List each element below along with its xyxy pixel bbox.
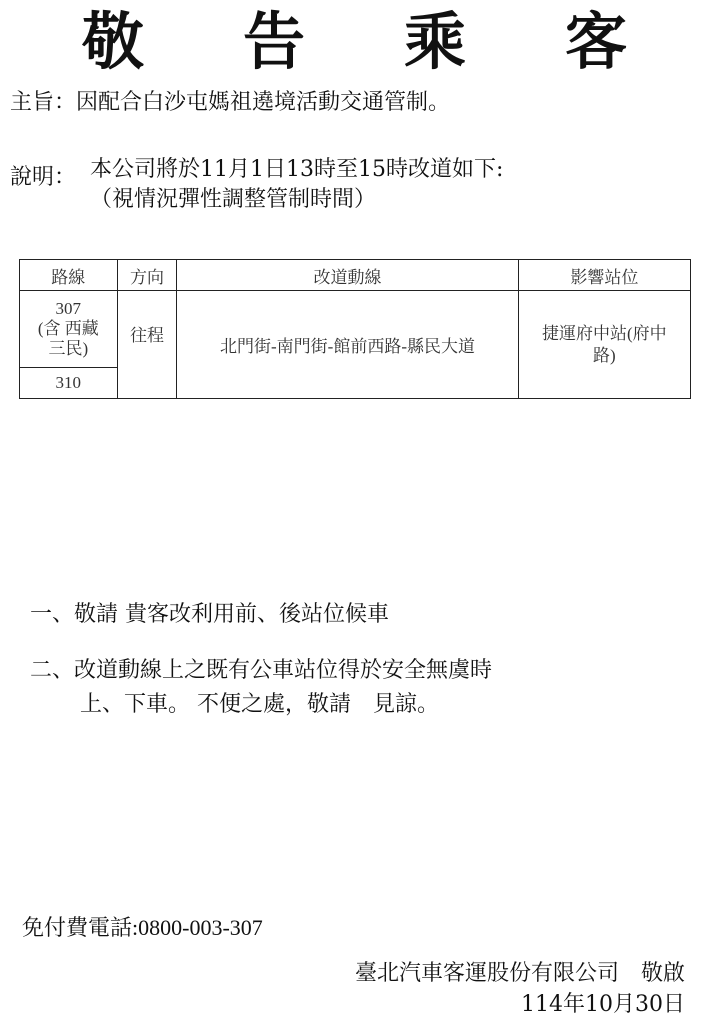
direction-cell: 往程 [117,291,177,399]
route-note: 三民) [20,339,117,359]
explanation-line-2: （視情況彈性調整管制時間） [90,185,503,215]
note-item-2-continued: 上、下車。 不便之處，敬請 見諒。 [30,688,492,722]
explanation-line-1: 本公司將於11月1日13時至15時改道如下: [90,155,503,185]
title-char: 告 [243,2,305,82]
header-route: 路線 [20,260,118,291]
affected-stop-cell: 捷運府中站(府中 路) [518,291,690,399]
route-note: (含 西藏 [20,319,117,339]
notice-title: 敬 告 乘 客 [0,2,709,82]
notice-date: 114年10月30日 [521,989,685,1021]
affected-stop-line: 路) [529,345,680,367]
header-direction: 方向 [117,260,177,291]
header-detour-path: 改道動線 [177,260,518,291]
detour-table: 路線 方向 改道動線 影響站位 307 (含 西藏 三民) 往程 北門街-南門街… [19,259,691,399]
affected-stop-line: 捷運府中站(府中 [529,323,680,345]
route-cell-310: 310 [20,368,118,399]
route-cell-307: 307 (含 西藏 三民) [20,291,118,368]
route-number: 307 [20,299,117,319]
note-item-2: 二、改道動線上之既有公車站位得於安全無虞時 [30,654,492,688]
toll-free-phone: 免付費電話:0800-003-307 [22,912,263,944]
explanation-label: 說明： [10,163,90,193]
subject-line: 主旨：因配合白沙屯媽祖遶境活動交通管制。 [10,88,450,118]
title-char: 敬 [82,2,144,82]
table-row: 307 (含 西藏 三民) 往程 北門街-南門街-館前西路-縣民大道 捷運府中站… [20,291,691,368]
title-char: 客 [565,2,627,82]
table-header-row: 路線 方向 改道動線 影響站位 [20,260,691,291]
title-char: 乘 [404,2,466,82]
subject-text: 因配合白沙屯媽祖遶境活動交通管制。 [76,90,450,115]
explanation-block: 說明： 本公司將於11月1日13時至15時改道如下: （視情況彈性調整管制時間） [10,155,503,215]
subject-label: 主旨： [10,90,76,115]
phone-label: 免付費電話: [22,915,138,940]
notes-block: 一、敬請 貴客改利用前、後站位候車 二、改道動線上之既有公車站位得於安全無虞時 … [30,598,492,722]
explanation-body: 本公司將於11月1日13時至15時改道如下: （視情況彈性調整管制時間） [90,155,503,215]
phone-number: 0800-003-307 [138,915,263,940]
company-signature: 臺北汽車客運股份有限公司 敬啟 [355,958,685,990]
detour-path-cell: 北門街-南門街-館前西路-縣民大道 [177,291,518,399]
note-item-1: 一、敬請 貴客改利用前、後站位候車 [30,598,492,632]
header-affected-stop: 影響站位 [518,260,690,291]
